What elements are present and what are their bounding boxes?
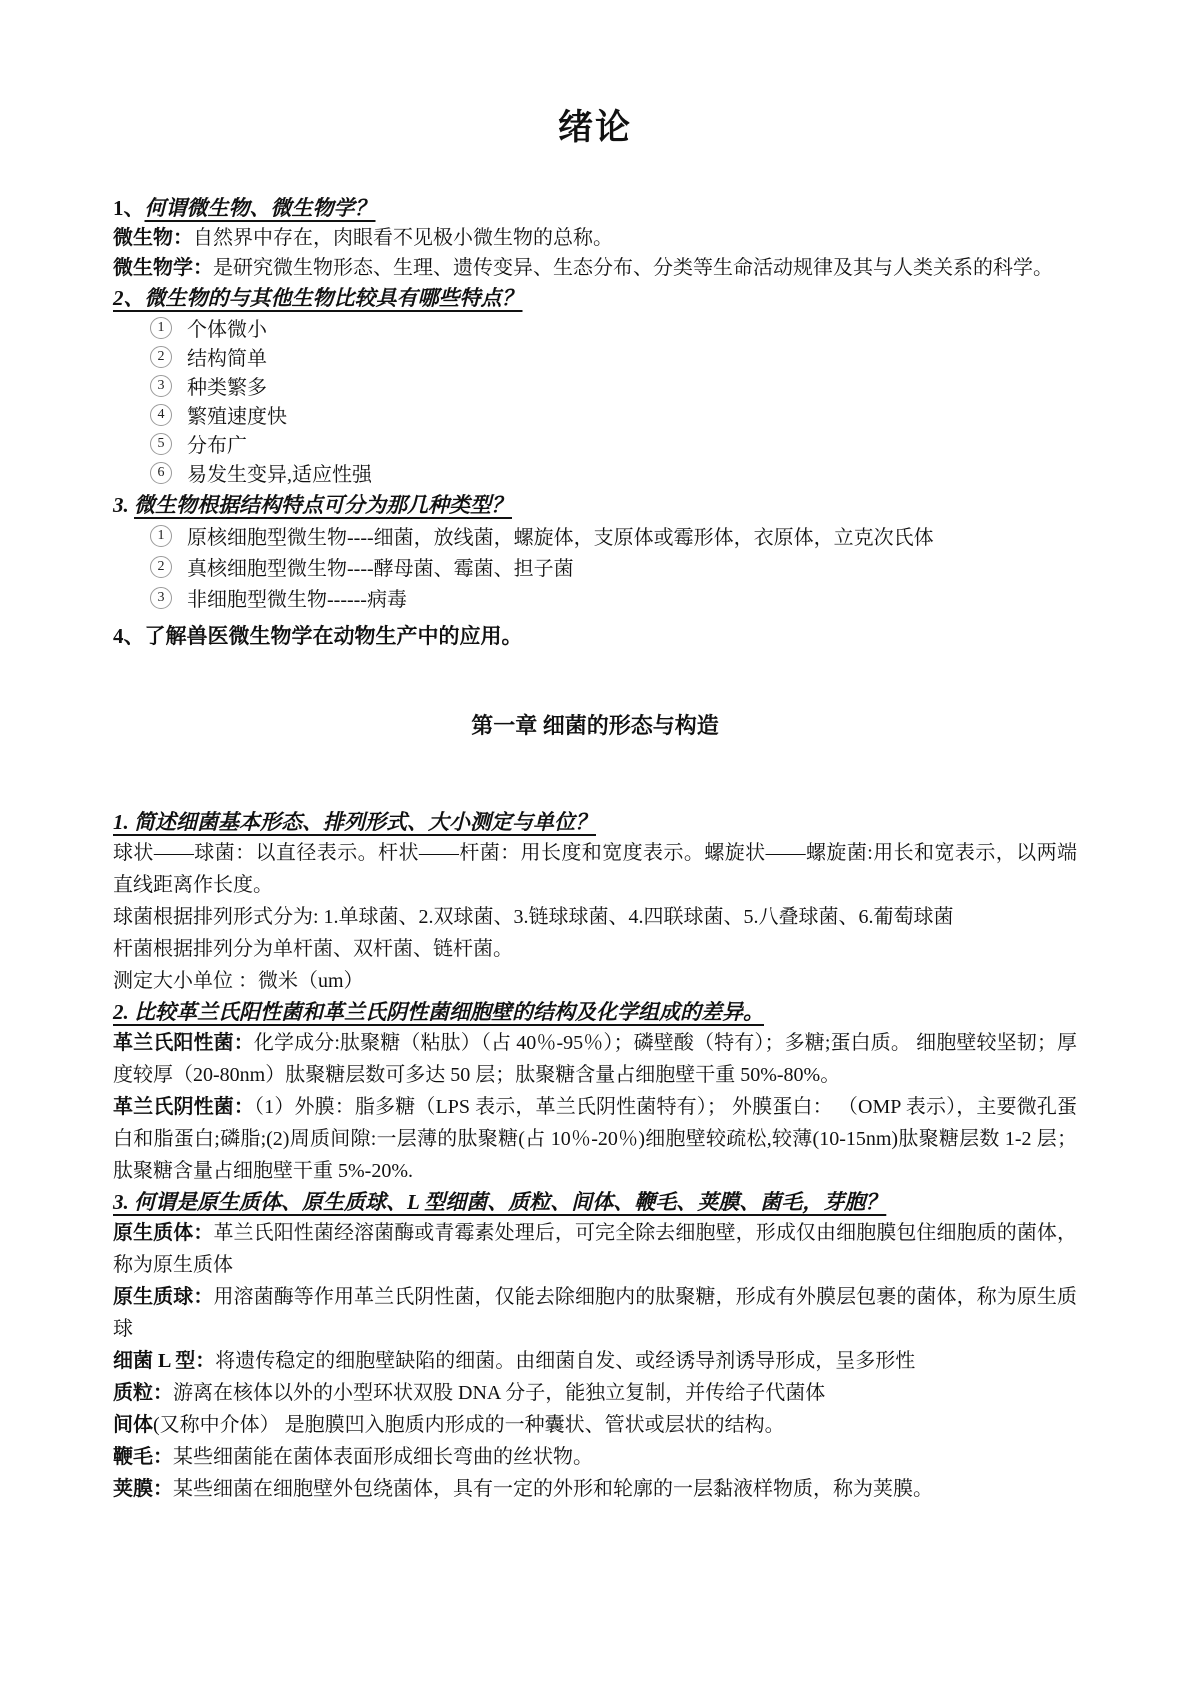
term-label: 质粒： <box>113 1382 173 1404</box>
list-item: 1原核细胞型微生物----细菌，放线菌，螺旋体，支原体或霉形体，衣原体，立克次氏… <box>150 520 1077 551</box>
definition-term: 微生物学： <box>113 257 213 279</box>
list-item-text: 结构简单 <box>187 342 267 371</box>
bacilli-arrangement-paragraph: 杆菌根据排列分为单杆菌、双杆菌、链杆菌。 <box>113 933 1077 965</box>
page-title: 绪论 <box>113 106 1077 150</box>
intro-question-3-heading: 3. 微生物根据结构特点可分为那几种类型？ <box>113 490 1077 520</box>
question-1-number: 1、 <box>113 196 145 220</box>
term-label: 原生质体： <box>113 1222 213 1244</box>
term-body: 革兰氏阳性菌经溶菌酶或青霉素处理后，可完全除去细胞壁，形成仅由细胞膜包住细胞质的… <box>113 1222 1077 1276</box>
term-mesosome: 间体(又称中介体） 是胞膜凹入胞质内形成的一种囊状、管状或层状的结构。 <box>113 1409 1077 1441</box>
term-label: 革兰氏阳性菌： <box>113 1032 254 1054</box>
definition-body: 是研究微生物形态、生理、遗传变异、生态分布、分类等生命活动规律及其与人类关系的科… <box>213 257 1053 279</box>
list-marker-circled-number: 1 <box>150 317 172 339</box>
measurement-unit-paragraph: 测定大小单位 ：微米（um） <box>113 965 1077 997</box>
term-plasmid: 质粒：游离在核体以外的小型环状双股 DNA 分子，能独立复制，并传给子代菌体 <box>113 1377 1077 1409</box>
term-spheroplast: 原生质球：用溶菌酶等作用革兰氏阴性菌，仅能去除细胞内的肽聚糖，形成有外膜层包裹的… <box>113 1281 1077 1345</box>
term-capsule: 荚膜：某些细菌在细胞壁外包绕菌体，具有一定的外形和轮廓的一层黏液样物质，称为荚膜… <box>113 1473 1077 1505</box>
document-page: 绪论 1、何谓微生物、微生物学？ 微生物：自然界中存在，肉眼看不见极小微生物的总… <box>0 0 1190 1683</box>
definition-microbiology: 微生物学：是研究微生物形态、生理、遗传变异、生态分布、分类等生命活动规律及其与人… <box>113 253 1077 283</box>
gram-positive-paragraph: 革兰氏阳性菌：化学成分:肽聚糖（粘肽）（占 40％-95％）；磷壁酸（特有）；多… <box>113 1027 1077 1091</box>
term-flagellum: 鞭毛：某些细菌能在菌体表面形成细长弯曲的丝状物。 <box>113 1441 1077 1473</box>
list-marker-circled-number: 5 <box>150 433 172 455</box>
term-label: 荚膜： <box>113 1478 173 1500</box>
list-marker-circled-number: 2 <box>150 556 172 578</box>
list-item: 5分布广 <box>150 429 1077 458</box>
list-item-text: 原核细胞型微生物----细菌，放线菌，螺旋体，支原体或霉形体，衣原体，立克次氏体 <box>187 521 934 550</box>
list-item-text: 个体微小 <box>187 313 267 342</box>
shape-description-paragraph: 球状——球菌：以直径表示。杆状——杆菌：用长度和宽度表示。螺旋状——螺旋菌:用长… <box>113 837 1077 901</box>
microbe-types-list: 1原核细胞型微生物----细菌，放线菌，螺旋体，支原体或霉形体，衣原体，立克次氏… <box>113 520 1077 613</box>
term-body: 某些细菌在细胞壁外包绕菌体，具有一定的外形和轮廓的一层黏液样物质，称为荚膜。 <box>173 1478 933 1500</box>
term-label: 原生质球： <box>113 1286 213 1308</box>
definition-body: 自然界中存在，肉眼看不见极小微生物的总称。 <box>193 227 613 249</box>
list-marker-circled-number: 3 <box>150 587 172 609</box>
list-item-text: 繁殖速度快 <box>187 400 287 429</box>
intro-question-2-heading: 2、微生物的与其他生物比较具有哪些特点？ <box>113 283 1077 313</box>
list-marker-circled-number: 2 <box>150 346 172 368</box>
term-body: 游离在核体以外的小型环状双股 DNA 分子，能独立复制，并传给子代菌体 <box>173 1382 825 1404</box>
term-l-form: 细菌 L 型：将遗传稳定的细胞壁缺陷的细菌。由细菌自发、或经诱导剂诱导形成，呈多… <box>113 1345 1077 1377</box>
list-marker-circled-number: 6 <box>150 462 172 484</box>
gram-negative-paragraph: 革兰氏阴性菌：（1）外膜：脂多糖（LPS 表示，革兰氏阴性菌特有）； 外膜蛋白：… <box>113 1091 1077 1187</box>
list-item: 3种类繁多 <box>150 371 1077 400</box>
list-item-text: 种类繁多 <box>187 371 267 400</box>
list-item: 1个体微小 <box>150 313 1077 342</box>
intro-question-1-heading: 1、何谓微生物、微生物学？ <box>113 193 1077 223</box>
chapter1-question-1-heading: 1. 简述细菌基本形态、排列形式、大小测定与单位？ <box>113 807 1077 837</box>
list-item-text: 真核细胞型微生物----酵母菌、霉菌、担子菌 <box>187 552 574 581</box>
question-3-text: 微生物根据结构特点可分为那几种类型？ <box>134 493 512 517</box>
list-item-text: 非细胞型微生物------病毒 <box>187 583 407 612</box>
list-item: 2结构简单 <box>150 342 1077 371</box>
term-body: （1）外膜：脂多糖（LPS 表示，革兰氏阴性菌特有）； 外膜蛋白： （OMP 表… <box>113 1096 1077 1182</box>
chapter1-question-2-heading: 2. 比较革兰氏阳性菌和革兰氏阴性菌细胞壁的结构及化学组成的差异。 <box>113 997 1077 1027</box>
question-3-number: 3. <box>113 493 129 517</box>
term-body: 某些细菌能在菌体表面形成细长弯曲的丝状物。 <box>173 1446 593 1468</box>
definition-microbe: 微生物：自然界中存在，肉眼看不见极小微生物的总称。 <box>113 223 1077 253</box>
definition-term: 微生物： <box>113 227 193 249</box>
question-1-text: 何谓微生物、微生物学？ <box>145 196 376 220</box>
question-text: 1. 简述细菌基本形态、排列形式、大小测定与单位？ <box>113 810 596 834</box>
question-2-text: 2、微生物的与其他生物比较具有哪些特点？ <box>113 286 523 310</box>
chapter1-question-3-heading: 3. 何谓是原生质体、原生质球、L 型细菌、质粒、间体、鞭毛、荚膜、菌毛，芽胞？ <box>113 1187 1077 1217</box>
term-label: 间体 <box>113 1414 153 1436</box>
list-item: 4繁殖速度快 <box>150 400 1077 429</box>
question-text: 3. 何谓是原生质体、原生质球、L 型细菌、质粒、间体、鞭毛、荚膜、菌毛，芽胞？ <box>113 1190 886 1214</box>
term-label: 鞭毛： <box>113 1446 173 1468</box>
list-item-text: 易发生变异,适应性强 <box>187 458 372 487</box>
list-item: 2真核细胞型微生物----酵母菌、霉菌、担子菌 <box>150 551 1077 582</box>
term-protoplast: 原生质体：革兰氏阳性菌经溶菌酶或青霉素处理后，可完全除去细胞壁，形成仅由细胞膜包… <box>113 1217 1077 1281</box>
term-body: 用溶菌酶等作用革兰氏阴性菌，仅能去除细胞内的肽聚糖，形成有外膜层包裹的菌体，称为… <box>113 1286 1077 1340</box>
list-item-text: 分布广 <box>187 429 247 458</box>
cocci-arrangement-paragraph: 球菌根据排列形式分为: 1.单球菌、2.双球菌、3.链球球菌、4.四联球菌、5.… <box>113 901 1077 933</box>
list-item: 3非细胞型微生物------病毒 <box>150 582 1077 613</box>
list-marker-circled-number: 1 <box>150 525 172 547</box>
term-label: 细菌 L 型： <box>113 1350 215 1372</box>
intro-question-4-heading: 4、了解兽医微生物学在动物生产中的应用。 <box>113 621 1077 651</box>
term-body: 将遗传稳定的细胞壁缺陷的细菌。由细菌自发、或经诱导剂诱导形成，呈多形性 <box>215 1350 915 1372</box>
question-text: 2. 比较革兰氏阳性菌和革兰氏阴性菌细胞壁的结构及化学组成的差异。 <box>113 1000 764 1024</box>
chapter-1-title: 第一章 细菌的形态与构造 <box>113 709 1077 743</box>
term-label: 革兰氏阴性菌： <box>113 1096 254 1118</box>
term-body: 化学成分:肽聚糖（粘肽）（占 40％-95％）；磷壁酸（特有）；多糖;蛋白质。 … <box>113 1032 1077 1086</box>
list-marker-circled-number: 4 <box>150 404 172 426</box>
list-item: 6易发生变异,适应性强 <box>150 458 1077 487</box>
term-body: (又称中介体） 是胞膜凹入胞质内形成的一种囊状、管状或层状的结构。 <box>153 1414 785 1436</box>
list-marker-circled-number: 3 <box>150 375 172 397</box>
microbe-features-list: 1个体微小 2结构简单 3种类繁多 4繁殖速度快 5分布广 6易发生变异,适应性… <box>113 313 1077 487</box>
